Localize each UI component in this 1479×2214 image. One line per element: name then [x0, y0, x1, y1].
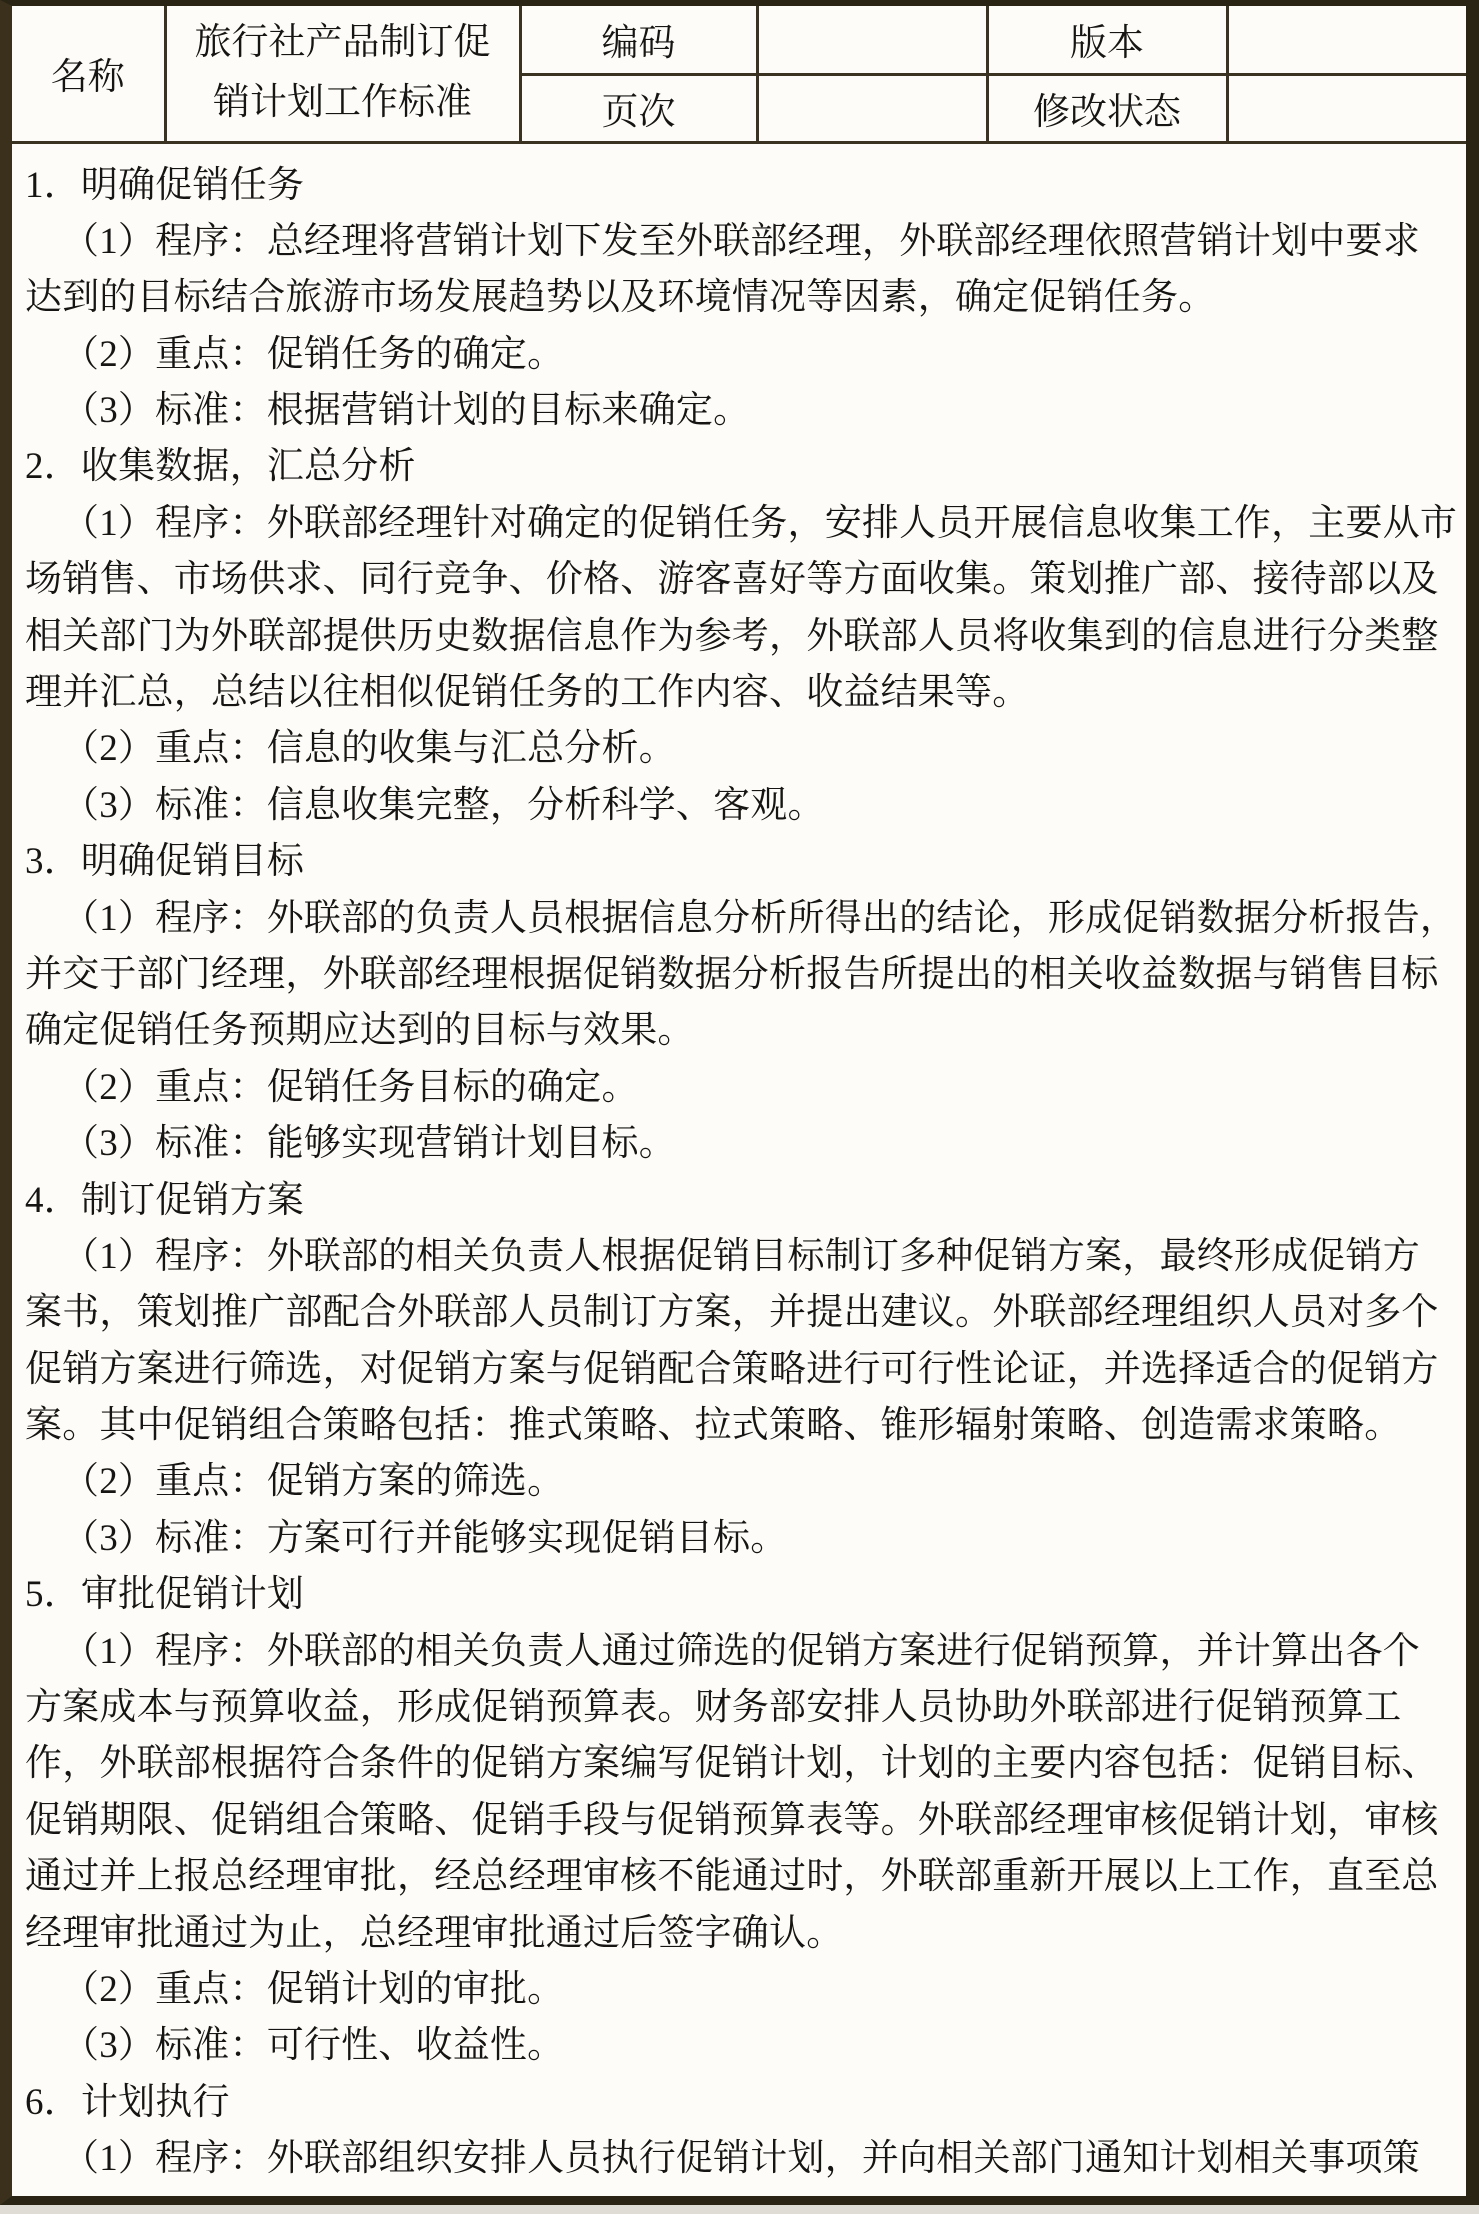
body-line: 达到的目标结合旅游市场发展趋势以及环境情况等因素，确定促销任务。 [25, 270, 1452, 326]
body-line-heading-2: 2．收集数据，汇总分析 [25, 439, 1452, 495]
body-line: （3）标准：可行性、收益性。 [25, 2018, 1452, 2074]
body-line: 理并汇总，总结以往相似促销任务的工作内容、收益结果等。 [25, 665, 1452, 721]
revision-value-cell [1227, 74, 1466, 142]
body-line: 场销售、市场供求、同行竞争、价格、游客喜好等方面收集。策划推广部、接待部以及 [25, 552, 1452, 608]
body-line-heading-1: 1．明确促销任务 [25, 158, 1452, 214]
body-line: （2）重点：促销任务目标的确定。 [25, 1060, 1452, 1116]
body-line: 案。其中促销组合策略包括：推式策略、拉式策略、锥形辐射策略、创造需求策略。 [25, 1398, 1452, 1454]
document-body: 1．明确促销任务 （1）程序：总经理将营销计划下发至外联部经理，外联部经理依照营… [12, 144, 1466, 2188]
body-line: 并交于部门经理，外联部经理根据促销数据分析报告所提出的相关收益数据与销售目标 [25, 947, 1452, 1003]
body-line: 案书，策划推广部配合外联部人员制订方案，并提出建议。外联部经理组织人员对多个 [25, 1285, 1452, 1341]
body-line: 经理审批通过为止，总经理审批通过后签字确认。 [25, 1906, 1452, 1962]
version-label-cell: 版本 [987, 6, 1227, 74]
body-line-heading-5: 5．审批促销计划 [25, 1567, 1452, 1623]
body-line-heading-4: 4．制订促销方案 [25, 1173, 1452, 1229]
body-line-heading-6: 6．计划执行 [25, 2075, 1452, 2131]
body-line: （2）重点：促销方案的筛选。 [25, 1454, 1452, 1510]
body-line: （3）标准：根据营销计划的目标来确定。 [25, 383, 1452, 439]
body-line: 方案成本与预算收益，形成促销预算表。财务部安排人员协助外联部进行促销预算工 [25, 1680, 1452, 1736]
body-line: （1）程序：外联部的相关负责人根据促销目标制订多种促销方案，最终形成促销方 [25, 1229, 1452, 1285]
page-label-cell: 页次 [520, 74, 757, 142]
body-line: （3）标准：信息收集完整，分析科学、客观。 [25, 778, 1452, 834]
body-line: （3）标准：方案可行并能够实现促销目标。 [25, 1511, 1452, 1567]
document-title-line2: 销计划工作标准 [167, 73, 519, 133]
body-line: （2）重点：促销计划的审批。 [25, 1962, 1452, 2018]
revision-label-cell: 修改状态 [987, 74, 1227, 142]
version-value-cell [1227, 6, 1466, 74]
page-value-cell [757, 74, 987, 142]
document-page: 名称 旅行社产品制订促 销计划工作标准 编码 版本 页次 修改状态 1．明确促销… [0, 0, 1479, 2205]
code-label-cell: 编码 [520, 6, 757, 74]
code-value-cell [757, 6, 987, 74]
body-line: （1）程序：外联部的相关负责人通过筛选的促销方案进行促销预算，并计算出各个 [25, 1624, 1452, 1680]
body-line: （1）程序：外联部经理针对确定的促销任务，安排人员开展信息收集工作，主要从市 [25, 496, 1452, 552]
body-line: （1）程序：总经理将营销计划下发至外联部经理，外联部经理依照营销计划中要求 [25, 214, 1452, 270]
document-title-cell: 旅行社产品制订促 销计划工作标准 [165, 6, 520, 142]
body-line: （1）程序：外联部的负责人员根据信息分析所得出的结论，形成促销数据分析报告， [25, 891, 1452, 947]
body-line: 作，外联部根据符合条件的促销方案编写促销计划，计划的主要内容包括：促销目标、 [25, 1736, 1452, 1792]
body-line: 确定促销任务预期应达到的目标与效果。 [25, 1003, 1452, 1059]
body-line-heading-3: 3．明确促销目标 [25, 834, 1452, 890]
header-table: 名称 旅行社产品制订促 销计划工作标准 编码 版本 页次 修改状态 [12, 6, 1466, 144]
body-line: （2）重点：信息的收集与汇总分析。 [25, 721, 1452, 777]
body-line: （3）标准：能够实现营销计划目标。 [25, 1116, 1452, 1172]
document-title-line1: 旅行社产品制订促 [167, 13, 519, 73]
body-line: 促销方案进行筛选，对促销方案与促销配合策略进行可行性论证，并选择适合的促销方 [25, 1342, 1452, 1398]
body-line: （2）重点：促销任务的确定。 [25, 327, 1452, 383]
body-line: 通过并上报总经理审批，经总经理审核不能通过时，外联部重新开展以上工作，直至总 [25, 1849, 1452, 1905]
body-line: （1）程序：外联部组织安排人员执行促销计划，并向相关部门通知计划相关事项策 [25, 2131, 1452, 2187]
body-line: 促销期限、促销组合策略、促销手段与促销预算表等。外联部经理审核促销计划，审核 [25, 1793, 1452, 1849]
name-label-cell: 名称 [12, 6, 165, 142]
body-line: 相关部门为外联部提供历史数据信息作为参考，外联部人员将收集到的信息进行分类整 [25, 609, 1452, 665]
